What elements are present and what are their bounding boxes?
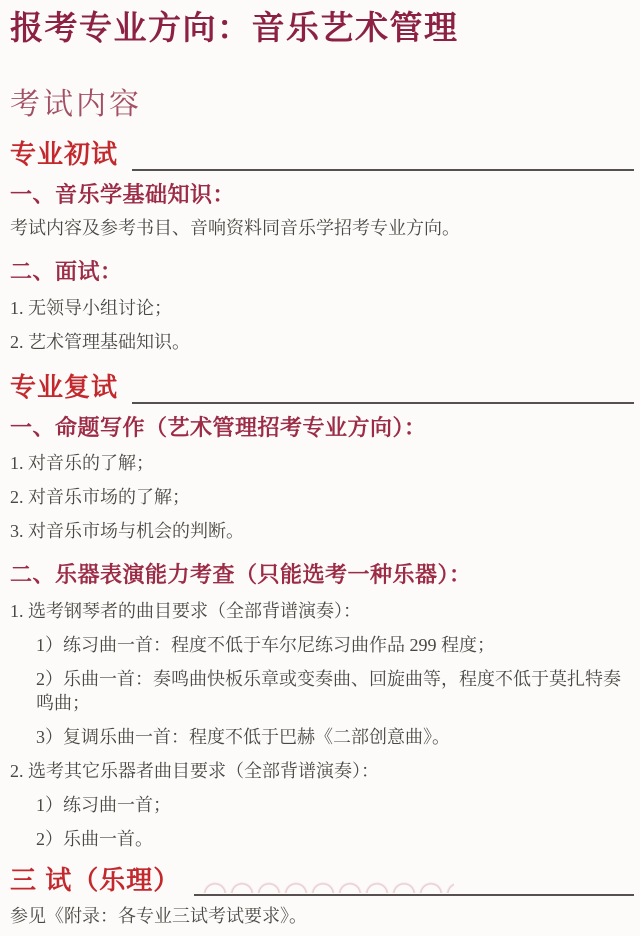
scallop-print-artifact bbox=[202, 879, 454, 893]
section-rule-line bbox=[132, 378, 634, 404]
section-heading: 专业初试 bbox=[10, 139, 118, 171]
subheading-music-basics: 一、音乐学基础知识： bbox=[10, 181, 634, 209]
section-heading: 专业复试 bbox=[10, 372, 118, 404]
sub-list-item: 2）乐曲一首：奏鸣曲快板乐章或变奏曲、回旋曲等，程度不低于莫扎特奏鸣曲； bbox=[36, 667, 634, 715]
paragraph: 考试内容及参考书目、音响资料同音乐学招考专业方向。 bbox=[10, 216, 634, 240]
document-page: 报考专业方向：音乐艺术管理 考试内容 专业初试 一、音乐学基础知识： 考试内容及… bbox=[0, 7, 640, 936]
section-rule-line bbox=[132, 145, 634, 171]
list-item: 3. 对音乐市场与机会的判断。 bbox=[10, 519, 634, 543]
list-item: 2. 艺术管理基础知识。 bbox=[10, 330, 634, 354]
section-rule-line bbox=[194, 870, 634, 896]
list-item: 2. 选考其它乐器者曲目要求（全部背谱演奏）： bbox=[10, 759, 634, 783]
exam-content-heading: 考试内容 bbox=[10, 87, 634, 123]
page-title: 报考专业方向：音乐艺术管理 bbox=[10, 7, 634, 49]
list-item: 2. 对音乐市场的了解； bbox=[10, 485, 634, 509]
section-head-preliminary-exam: 专业初试 bbox=[10, 139, 634, 171]
section-head-second-exam: 专业复试 bbox=[10, 372, 634, 404]
section-head-third-exam: 三 试（乐理） bbox=[10, 865, 634, 897]
subheading-writing: 一、命题写作（艺术管理招考专业方向）： bbox=[10, 414, 634, 442]
sub-list-item: 1）练习曲一首； bbox=[36, 793, 634, 817]
sub-list-item: 1）练习曲一首：程度不低于车尔尼练习曲作品 299 程度； bbox=[36, 633, 634, 657]
sub-list-item: 2）乐曲一首。 bbox=[36, 827, 634, 851]
list-item: 1. 对音乐的了解； bbox=[10, 451, 634, 475]
sub-list-item: 3）复调乐曲一首：程度不低于巴赫《二部创意曲》。 bbox=[36, 725, 634, 749]
section-heading: 三 试（乐理） bbox=[10, 865, 180, 897]
subheading-interview: 二、面试： bbox=[10, 258, 634, 286]
subheading-instrument-performance: 二、乐器表演能力考查（只能选考一种乐器）： bbox=[10, 561, 634, 589]
paragraph-appendix-reference: 参见《附录：各专业三试考试要求》。 bbox=[10, 904, 634, 928]
list-item: 1. 无领导小组讨论； bbox=[10, 296, 634, 320]
list-item: 1. 选考钢琴者的曲目要求（全部背谱演奏）： bbox=[10, 599, 634, 623]
